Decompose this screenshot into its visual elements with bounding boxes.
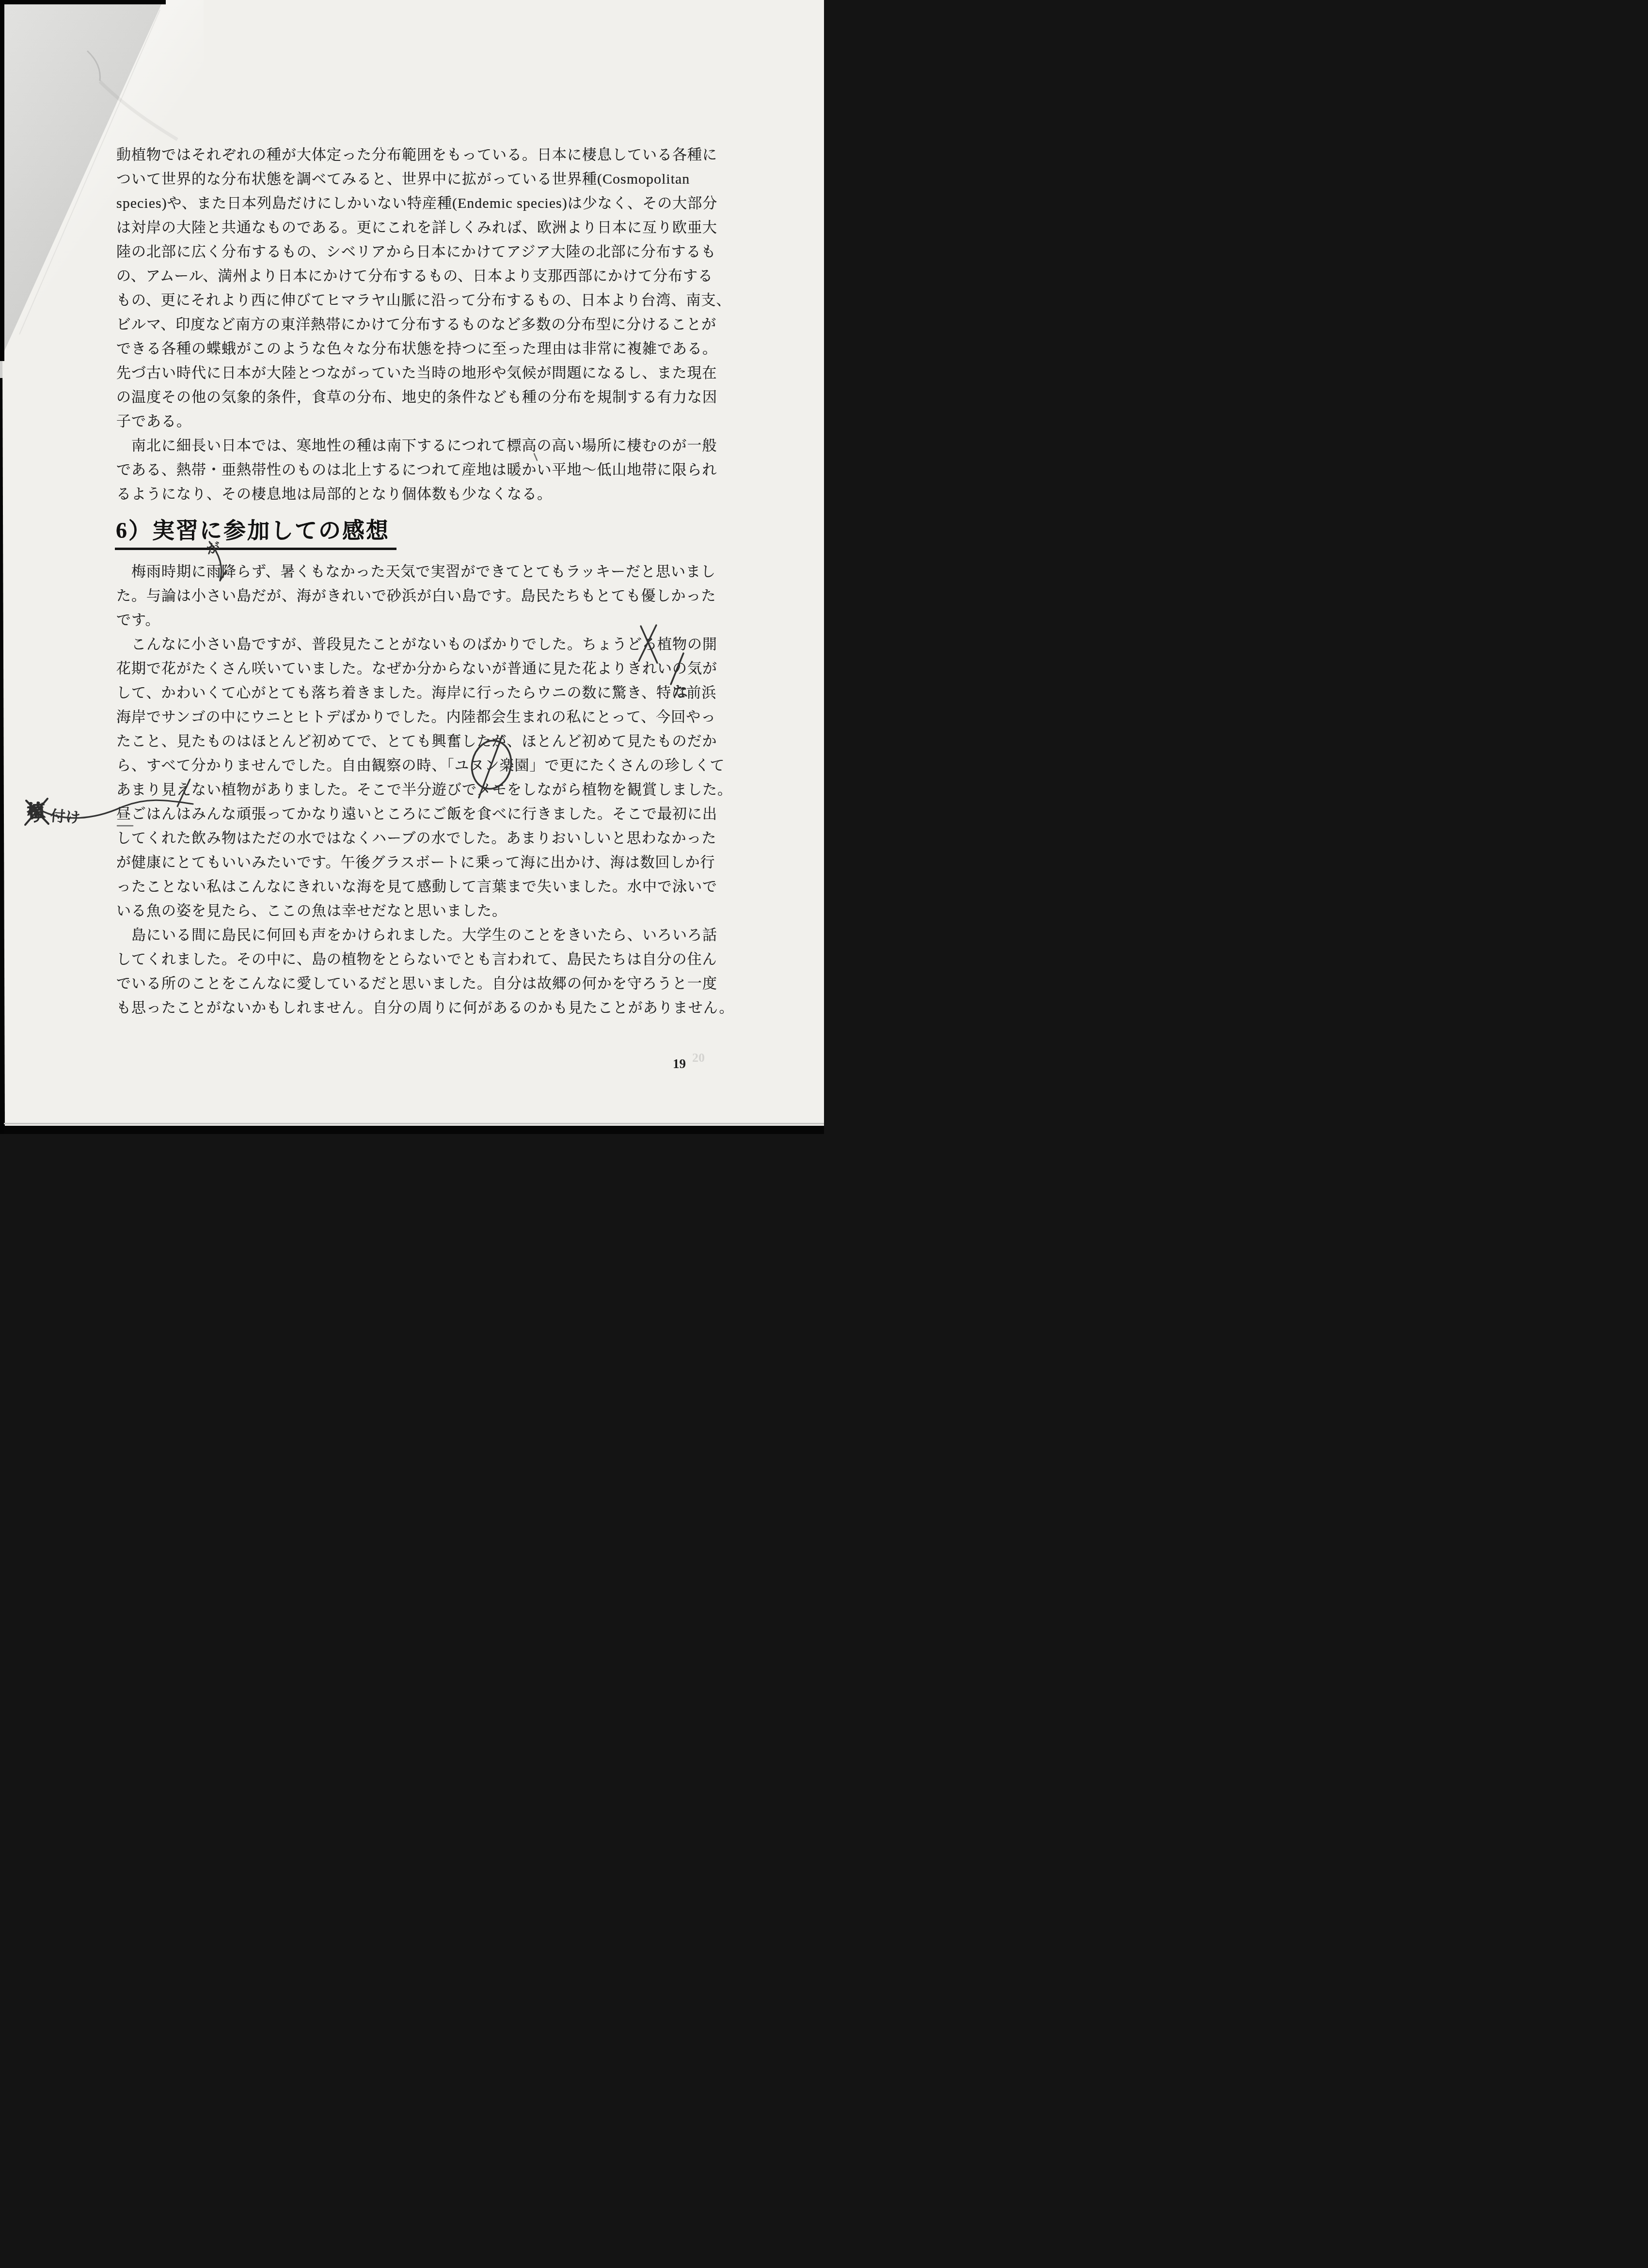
text-line: 梅雨時期に雨降らず、暑くもなかった天気で実習ができてとてもラッキーだと思いまし — [116, 560, 756, 584]
bleedthrough-page-number: 20 — [692, 1051, 705, 1065]
text-line: してくれました。その中に、島の植物をとらないでとも言われて、島民たちは自分の住ん — [116, 947, 756, 972]
text-line: である、熱帯・亜熱帯性のものは北上するにつれて産地は暖かい平地〜低山地帯に限られ — [116, 458, 756, 482]
text-line: あまり見えない植物がありました。そこで半分遊びでメモをしながら植物を観賞しました… — [116, 778, 756, 802]
text-line: 島にいる間に島民に何回も声をかけられました。大学生のことをきいたら、いろいろ話 — [116, 923, 756, 947]
text-line: でいる所のことをこんなに愛しているだと思いました。自分は故郷の何かを守ろうと一度 — [116, 972, 756, 996]
handwritten-margin-scribble: 植 — [26, 797, 45, 823]
text-line: 子である。 — [116, 409, 756, 434]
text-line: です。 — [116, 608, 756, 632]
scanned-page: 動植物ではそれぞれの種が大体定った分布範囲をもっている。日本に棲息している各種に… — [0, 0, 824, 1134]
text-line: が健康にとてもいいみたいです。午後グラスボートに乗って海に出かけ、海は数回しか行 — [116, 850, 756, 875]
text-line: 昼ごはんはみんな頑張ってかなり遠いところにご飯を食べに行きました。そこで最初に出 — [116, 802, 756, 826]
text-line: た。与論は小さい島だが、海がきれいで砂浜が白い島です。島民たちもとても優しかった — [116, 584, 756, 608]
text-line: 先づ古い時代に日本が大陸とつながっていた当時の地形や気候が問題になるし、また現在 — [116, 361, 756, 385]
text-line: ついて世界的な分布状態を調べてみると、世界中に拡がっている世界種(Cosmopo… — [116, 167, 756, 191]
text-line: 陸の北部に広く分布するもの、シベリアから日本にかけてアジア大陸の北部に分布するも — [116, 240, 756, 264]
scan-edge-top — [0, 0, 166, 4]
body-text-upper: 動植物ではそれぞれの種が大体定った分布範囲をもっている。日本に棲息している各種に… — [116, 143, 756, 506]
page-bottom-edge — [0, 1123, 824, 1124]
handwritten-margin-note: 付け — [50, 803, 81, 827]
text-line: して、かわいくて心がとても落ち着きました。海岸に行ったらウニの数に驚き、特に前浜 — [116, 681, 756, 705]
page-number: 19 — [673, 1056, 686, 1071]
text-line: たこと、見たものはほとんど初めてで、とても興奮したが、ほとんど初めて見たものだか — [116, 729, 756, 754]
text-line: species)や、また日本列島だけにしかいない特産種(Endemic spec… — [116, 191, 756, 216]
text-line: 海岸でサンゴの中にウニとヒトデばかりでした。内陸都会生まれの私にとって、今回やっ — [116, 705, 756, 729]
text-line: は対岸の大陸と共通なものである。更にこれを詳しくみれば、欧洲より日本に亙り欧亜大 — [116, 216, 756, 240]
text-line: ったことない私はこんなにきれいな海を見て感動して言葉まで失いました。水中で泳いで — [116, 875, 756, 899]
text-line: してくれた飲み物はただの水ではなくハーブの水でした。あまりおいしいと思わなかった — [116, 826, 756, 850]
scan-edge-left-bottom — [0, 1108, 4, 1134]
text-line: いる魚の姿を見たら、ここの魚は幸せだなと思いました。 — [116, 899, 756, 923]
text-line: ビルマ、印度など南方の東洋熱帯にかけて分布するものなど多数の分布型に分けることが — [116, 313, 756, 337]
text-line: こんなに小さい島ですが、普段見たことがないものばかりでした。ちょうどろ植物の開 — [116, 632, 756, 657]
section-heading: 6）実習に参加しての感想 — [115, 513, 396, 550]
text-line: の、アムール、満州より日本にかけて分布するもの、日本より支那西部にかけて分布する — [116, 264, 756, 288]
text-line: ら、すべて分かりませんでした。自由観察の時、「ユヌン楽園」で更にたくさんの珍しく… — [116, 754, 756, 778]
text-line: るようになり、その棲息地は局部的となり個体数も少なくなる。 — [116, 482, 756, 506]
text-line: 動植物ではそれぞれの種が大体定った分布範囲をもっている。日本に棲息している各種に — [116, 143, 756, 167]
body-text-lower: 梅雨時期に雨降らず、暑くもなかった天気で実習ができてとてもラッキーだと思いまし … — [116, 560, 756, 1020]
text-line: できる各種の蝶蛾がこのような色々な分布状態を持つに至った理由は非常に複雑である。 — [116, 337, 756, 361]
handwritten-replacement-na: な — [672, 679, 689, 702]
paper-sheet: 動植物ではそれぞれの種が大体定った分布範囲をもっている。日本に棲息している各種に… — [0, 0, 824, 1134]
text-line: の温度その他の気象的条件，食草の分布、地史的条件なども種の分布を規制する有力な因 — [116, 385, 756, 409]
scan-edge-left — [0, 0, 4, 361]
text-line: 南北に細長い日本では、寒地性の種は南下するにつれて標高の高い場所に棲むのが一般 — [116, 434, 756, 458]
text-line: も思ったことがないかもしれません。自分の周りに何があるのかも見たことがありません… — [116, 996, 756, 1020]
text-line: もの、更にそれより西に伸びてヒマラヤ山脈に沿って分布するもの、日本より台湾、南支… — [116, 288, 756, 313]
text-line: 花期で花がたくさん咲いていました。なぜか分からないが普通に見た花よりきれいの気が — [116, 657, 756, 681]
